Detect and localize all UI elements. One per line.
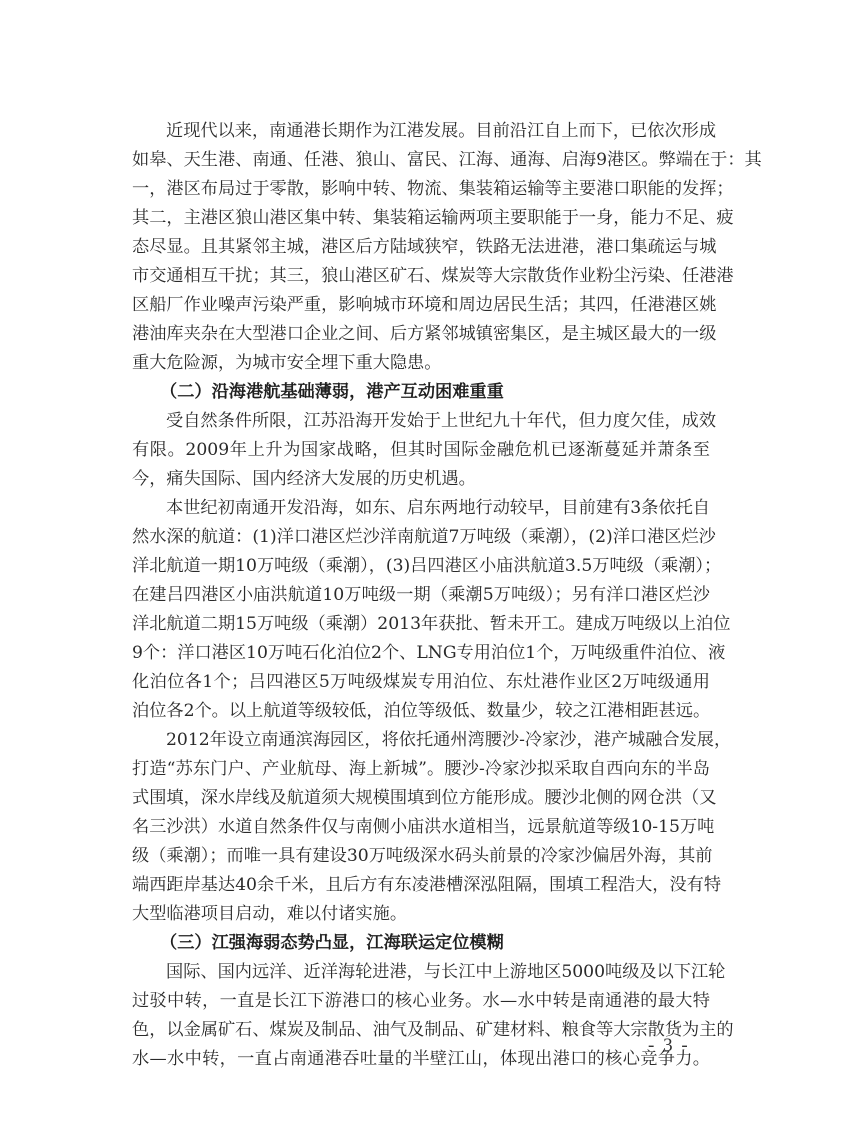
paragraph-line: 如皋、天生港、南通、任港、狼山、富民、江海、通海、启海9港区。弊端在于：其 [132,146,710,175]
paragraph-line: 打造“苏东门户、产业航母、海上新城”。腰沙-冷家沙拟采取自西向东的半岛 [132,755,710,784]
page-number: - 3 - [648,1035,690,1057]
paragraph-line: 市交通相互干扰；其三，狼山港区矿石、煤炭等大宗散货作业粉尘污染、任港港 [132,262,710,291]
paragraph-line: 洋北航道二期15万吨级（乘潮）2013年获批、暂未开工。建成万吨级以上泊位 [132,610,710,639]
paragraph-line: 泊位各2个。以上航道等级较低，泊位等级低、数量少，较之江港相距甚远。 [132,697,710,726]
paragraph-line: 名三沙洪）水道自然条件仅与南侧小庙洪水道相当，远景航道等级10-15万吨 [132,813,710,842]
document-page: 近现代以来，南通港长期作为江港发展。目前沿江自上而下，已依次形成 如皋、天生港、… [132,117,710,1074]
section-heading: （二）沿海港航基础薄弱，港产互动困难重重 [132,378,710,407]
paragraph-line: 式围填，深水岸线及航道须大规模围填到位方能形成。腰沙北侧的网仓洪（又 [132,784,710,813]
paragraph-line: 洋北航道一期10万吨级（乘潮），(3)吕四港区小庙洪航道3.5万吨级（乘潮）； [132,552,710,581]
paragraph-line: 今，痛失国际、国内经济大发展的历史机遇。 [132,465,710,494]
paragraph-line: 在建吕四港区小庙洪航道10万吨级一期（乘潮5万吨级）；另有洋口港区烂沙 [132,581,710,610]
paragraph-line: 港油库夹杂在大型港口企业之间、后方紧邻城镇密集区，是主城区最大的一级 [132,320,710,349]
paragraph-line: 级（乘潮）；而唯一具有建设30万吨级深水码头前景的冷家沙偏居外海，其前 [132,842,710,871]
paragraph-line: 2012年设立南通滨海园区，将依托通州湾腰沙-冷家沙，港产城融合发展， [132,726,710,755]
section-heading: （三）江强海弱态势凸显，江海联运定位模糊 [132,929,710,958]
paragraph-line: 受自然条件所限，江苏沿海开发始于上世纪九十年代，但力度欠佳，成效 [132,407,710,436]
paragraph-line: 9个：洋口港区10万吨石化泊位2个、LNG专用泊位1个，万吨级重件泊位、液 [132,639,710,668]
paragraph-line: 国际、国内远洋、近洋海轮进港，与长江中上游地区5000吨级及以下江轮 [132,958,710,987]
paragraph-line: 一，港区布局过于零散，影响中转、物流、集装箱运输等主要港口职能的发挥； [132,175,710,204]
paragraph-line: 本世纪初南通开发沿海，如东、启东两地行动较早，目前建有3条依托自 [132,494,710,523]
paragraph-line: 重大危险源，为城市安全埋下重大隐患。 [132,349,710,378]
paragraph-line: 区船厂作业噪声污染严重，影响城市环境和周边居民生活；其四，任港港区姚 [132,291,710,320]
paragraph-line: 有限。2009年上升为国家战略，但其时国际金融危机已逐渐蔓延并萧条至 [132,436,710,465]
paragraph-line: 水—水中转，一直占南通港吞吐量的半壁江山，体现出港口的核心竞争力。 [132,1045,710,1074]
paragraph-line: 端西距岸基达40余千米，且后方有东凌港槽深泓阻隔，围填工程浩大，没有特 [132,871,710,900]
paragraph-line: 态尽显。且其紧邻主城，港区后方陆域狭窄，铁路无法进港，港口集疏运与城 [132,233,710,262]
paragraph-line: 过驳中转，一直是长江下游港口的核心业务。水—水中转是南通港的最大特 [132,987,710,1016]
paragraph-line: 其二，主港区狼山港区集中转、集装箱运输两项主要职能于一身，能力不足、疲 [132,204,710,233]
paragraph-line: 色，以金属矿石、煤炭及制品、油气及制品、矿建材料、粮食等大宗散货为主的 [132,1016,710,1045]
paragraph-line: 然水深的航道：(1)洋口港区烂沙洋南航道7万吨级（乘潮），(2)洋口港区烂沙 [132,523,710,552]
paragraph-line: 大型临港项目启动，难以付诸实施。 [132,900,710,929]
paragraph-line: 近现代以来，南通港长期作为江港发展。目前沿江自上而下，已依次形成 [132,117,710,146]
paragraph-line: 化泊位各1个；吕四港区5万吨级煤炭专用泊位、东灶港作业区2万吨级通用 [132,668,710,697]
